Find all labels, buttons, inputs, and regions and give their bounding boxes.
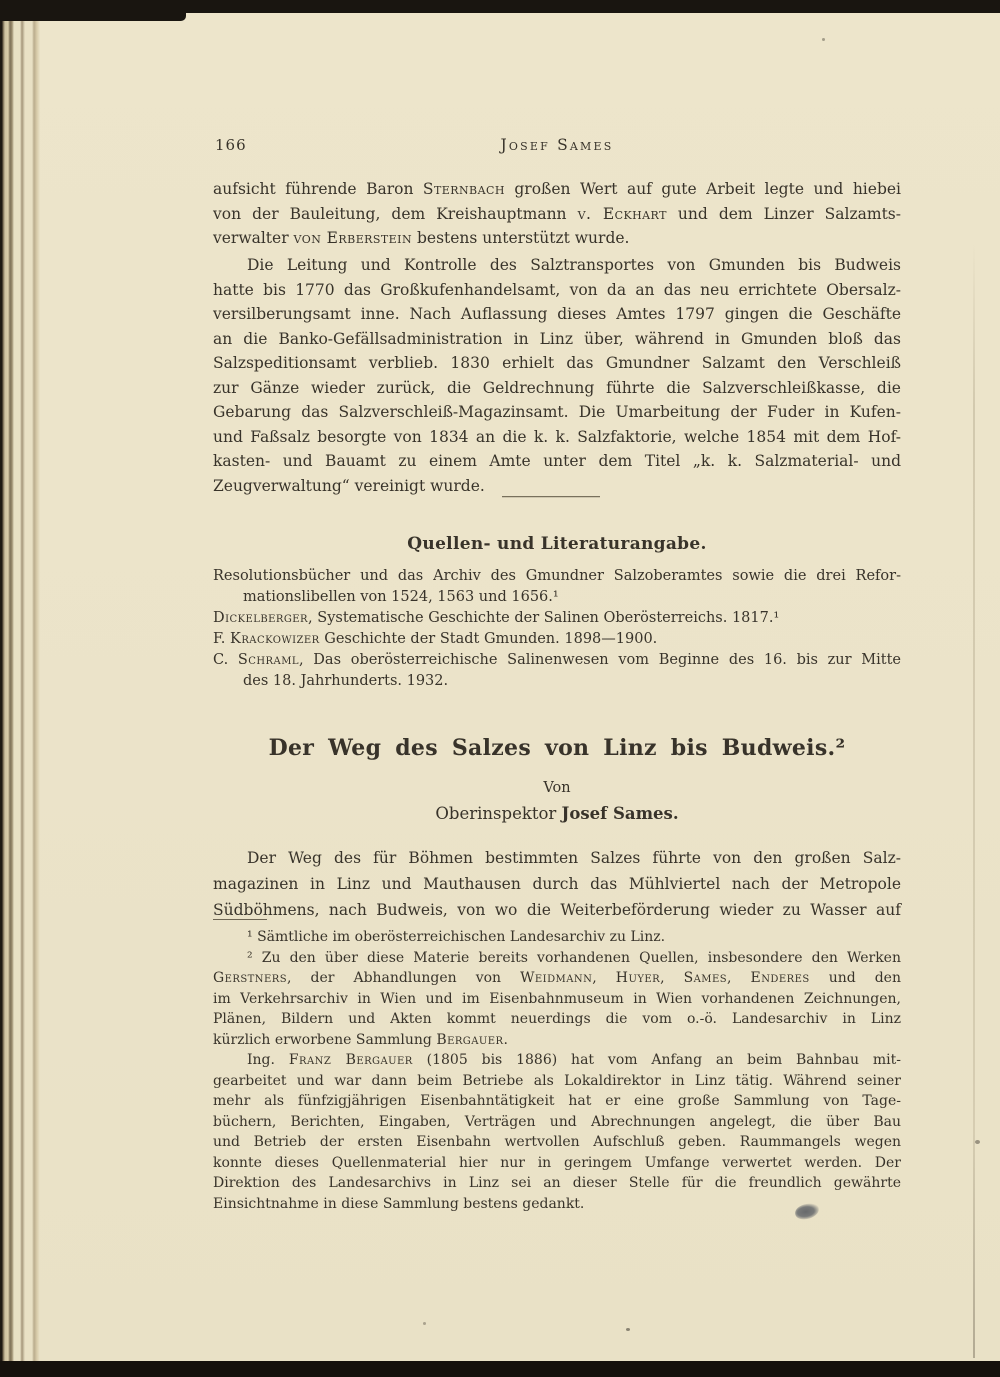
text-line: gearbeitet und war dann beim Betriebe al… (213, 1071, 901, 1092)
small-caps-name: Enderes (751, 970, 810, 986)
text-line: kasten- und Bauamt zu einem Amte unter d… (213, 449, 901, 474)
text-line: C. Schraml, Das oberösterreichische Sali… (213, 650, 901, 671)
text-line: Ing. Franz Bergauer (1805 bis 1886) hat … (213, 1050, 901, 1071)
ink-speck (822, 38, 825, 41)
text-line: mehr als fünfzigjährigen Eisenbahntätigk… (213, 1091, 901, 1112)
text-line: von der Bauleitung, dem Kreishauptmann v… (213, 202, 901, 227)
ink-speck (423, 1322, 426, 1325)
text-line: des 18. Jahrhunderts. 1932. (213, 671, 901, 692)
ink-speck (626, 1328, 630, 1331)
author-name: Josef Sames. (562, 804, 679, 823)
small-caps-name: v. Eckhart (578, 205, 667, 223)
scanned-book-page: 166 Josef Sames aufsicht führende Baron … (0, 0, 1000, 1377)
ink-speck (975, 1140, 980, 1144)
running-header: 166 Josef Sames (213, 136, 901, 158)
page-crease (973, 240, 975, 1358)
running-title: Josef Sames (213, 136, 901, 154)
footnote-separator-rule (213, 919, 267, 920)
small-caps-name: Weidmann (520, 970, 592, 986)
text-line: Direktion des Landesarchivs in Linz sei … (213, 1173, 901, 1194)
text-line: büchern, Berichten, Eingaben, Verträgen … (213, 1112, 901, 1133)
text-line: Zeugverwaltung“ vereinigt wurde. (213, 474, 901, 499)
small-caps-name: Bergauer (436, 1032, 503, 1048)
text-line: Resolutionsbücher und das Archiv des Gmu… (213, 566, 901, 587)
byline-author: Oberinspektor Josef Sames. (213, 804, 901, 823)
text-line: Gerstners, der Abhandlungen von Weidmann… (213, 968, 901, 989)
text-line: konnte dieses Quellenmaterial hier nur i… (213, 1153, 901, 1174)
text-line: hatte bis 1770 das Großkufenhandelsamt, … (213, 278, 901, 303)
book-page-edges (0, 13, 40, 1361)
text-line: versilberungsamt inne. Nach Auflassung d… (213, 302, 901, 327)
scan-border-top-left (0, 0, 186, 21)
text-line: ¹ Sämtliche im oberösterreichischen Land… (213, 927, 901, 948)
small-caps-name: Sames (684, 970, 727, 986)
text-line: kürzlich erworbene Sammlung Bergauer. (213, 1030, 901, 1051)
small-caps-name: Sternbach (423, 180, 505, 198)
text-line: Gebarung das Salzverschleiß-Magazinsamt.… (213, 400, 901, 425)
sources-heading: Quellen- und Literaturangabe. (213, 534, 901, 554)
text-line: und Betrieb der ersten Eisenbahn wertvol… (213, 1132, 901, 1153)
small-caps-name: Huyer (616, 970, 660, 986)
text-line: Südböhmens, nach Budweis, von wo die Wei… (213, 897, 901, 923)
text-line: mationslibellen von 1524, 1563 und 1656.… (213, 587, 901, 608)
text-line: im Verkehrsarchiv in Wien und im Eisenba… (213, 989, 901, 1010)
text-line: aufsicht führende Baron Sternbach großen… (213, 177, 901, 202)
text-line: und Faßsalz besorgte von 1834 an die k. … (213, 425, 901, 450)
small-caps-name: Krackowizer (230, 631, 320, 647)
text-line: Der Weg des für Böhmen bestimmten Salzes… (213, 845, 901, 871)
text-line: verwalter von Erberstein bestens unterst… (213, 226, 901, 251)
paragraph: aufsicht führende Baron Sternbach großen… (213, 177, 901, 251)
sources-list: Resolutionsbücher und das Archiv des Gmu… (213, 566, 901, 692)
text-line: magazinen in Linz und Mauthausen durch d… (213, 871, 901, 897)
small-caps-name: Schraml (238, 652, 299, 668)
text-line: Salzspeditionsamt verblieb. 1830 erhielt… (213, 351, 901, 376)
article-paragraph: Der Weg des für Böhmen bestimmten Salzes… (213, 845, 901, 923)
author-rank: Oberinspektor (435, 804, 561, 823)
text-column: 166 Josef Sames aufsicht führende Baron … (213, 0, 901, 1377)
small-caps-name: Franz Bergauer (289, 1052, 413, 1068)
byline-von: Von (213, 780, 901, 796)
paragraph: Die Leitung und Kontrolle des Salztransp… (213, 253, 901, 498)
text-line: zur Gänze wieder zurück, die Geldrechnun… (213, 376, 901, 401)
section-divider-rule (502, 496, 600, 497)
text-line: Dickelberger, Systematische Geschichte d… (213, 608, 901, 629)
footnotes: ¹ Sämtliche im oberösterreichischen Land… (213, 927, 901, 1214)
text-line: Die Leitung und Kontrolle des Salztransp… (213, 253, 901, 278)
text-line: F. Krackowizer Geschichte der Stadt Gmun… (213, 629, 901, 650)
small-caps-name: von Erberstein (294, 229, 413, 247)
text-line: an die Banko-Gefällsadministration in Li… (213, 327, 901, 352)
small-caps-name: Dickelberger (213, 610, 308, 626)
article-title: Der Weg des Salzes von Linz bis Budweis.… (213, 735, 901, 761)
text-line: Plänen, Bildern und Akten kommt neuerdin… (213, 1009, 901, 1030)
small-caps-name: Gerstners (213, 970, 287, 986)
text-line: ² Zu den über diese Materie bereits vorh… (213, 948, 901, 969)
